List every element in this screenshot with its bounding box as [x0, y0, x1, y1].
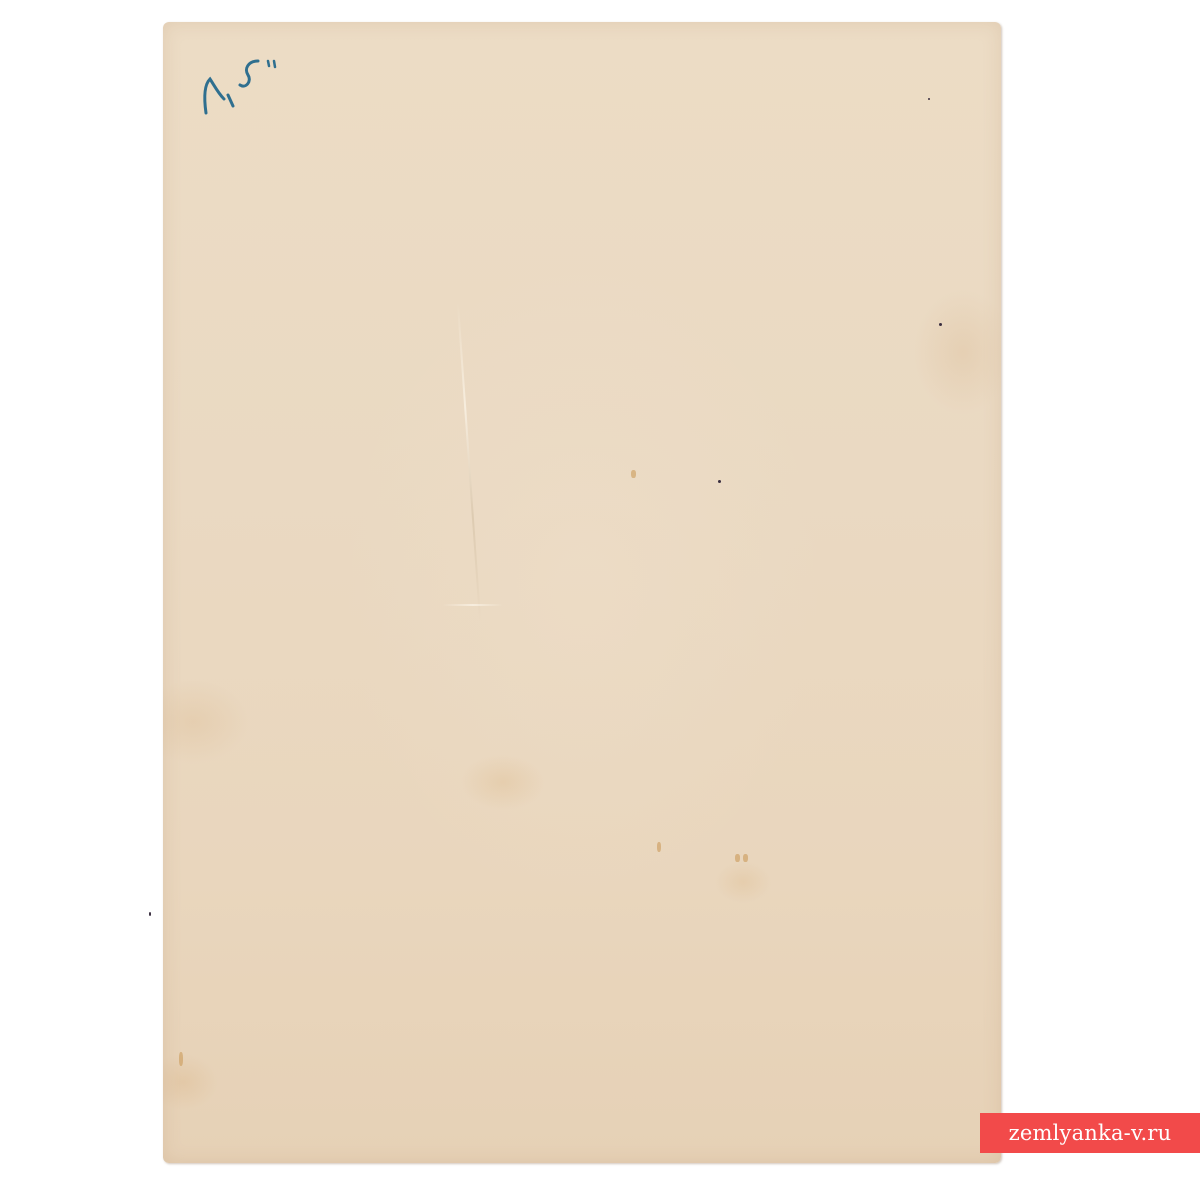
foxing-stain [179, 1052, 183, 1066]
ink-speck [939, 323, 942, 326]
handwritten-mark: 1,5 [200, 55, 290, 125]
paper-crease-vertical [457, 302, 481, 621]
handwriting-glyph-icon [200, 55, 290, 125]
paper-crease-horizontal [443, 604, 503, 606]
ink-speck [928, 98, 930, 100]
paper-card [163, 22, 1001, 1163]
foxing-stain [631, 470, 636, 478]
foxing-stain [735, 854, 740, 862]
foxing-stain [743, 854, 748, 862]
site-watermark: zemlyanka-v.ru [980, 1113, 1200, 1153]
foxing-stain [657, 842, 661, 852]
ink-speck [718, 480, 721, 483]
ink-speck [149, 912, 151, 916]
